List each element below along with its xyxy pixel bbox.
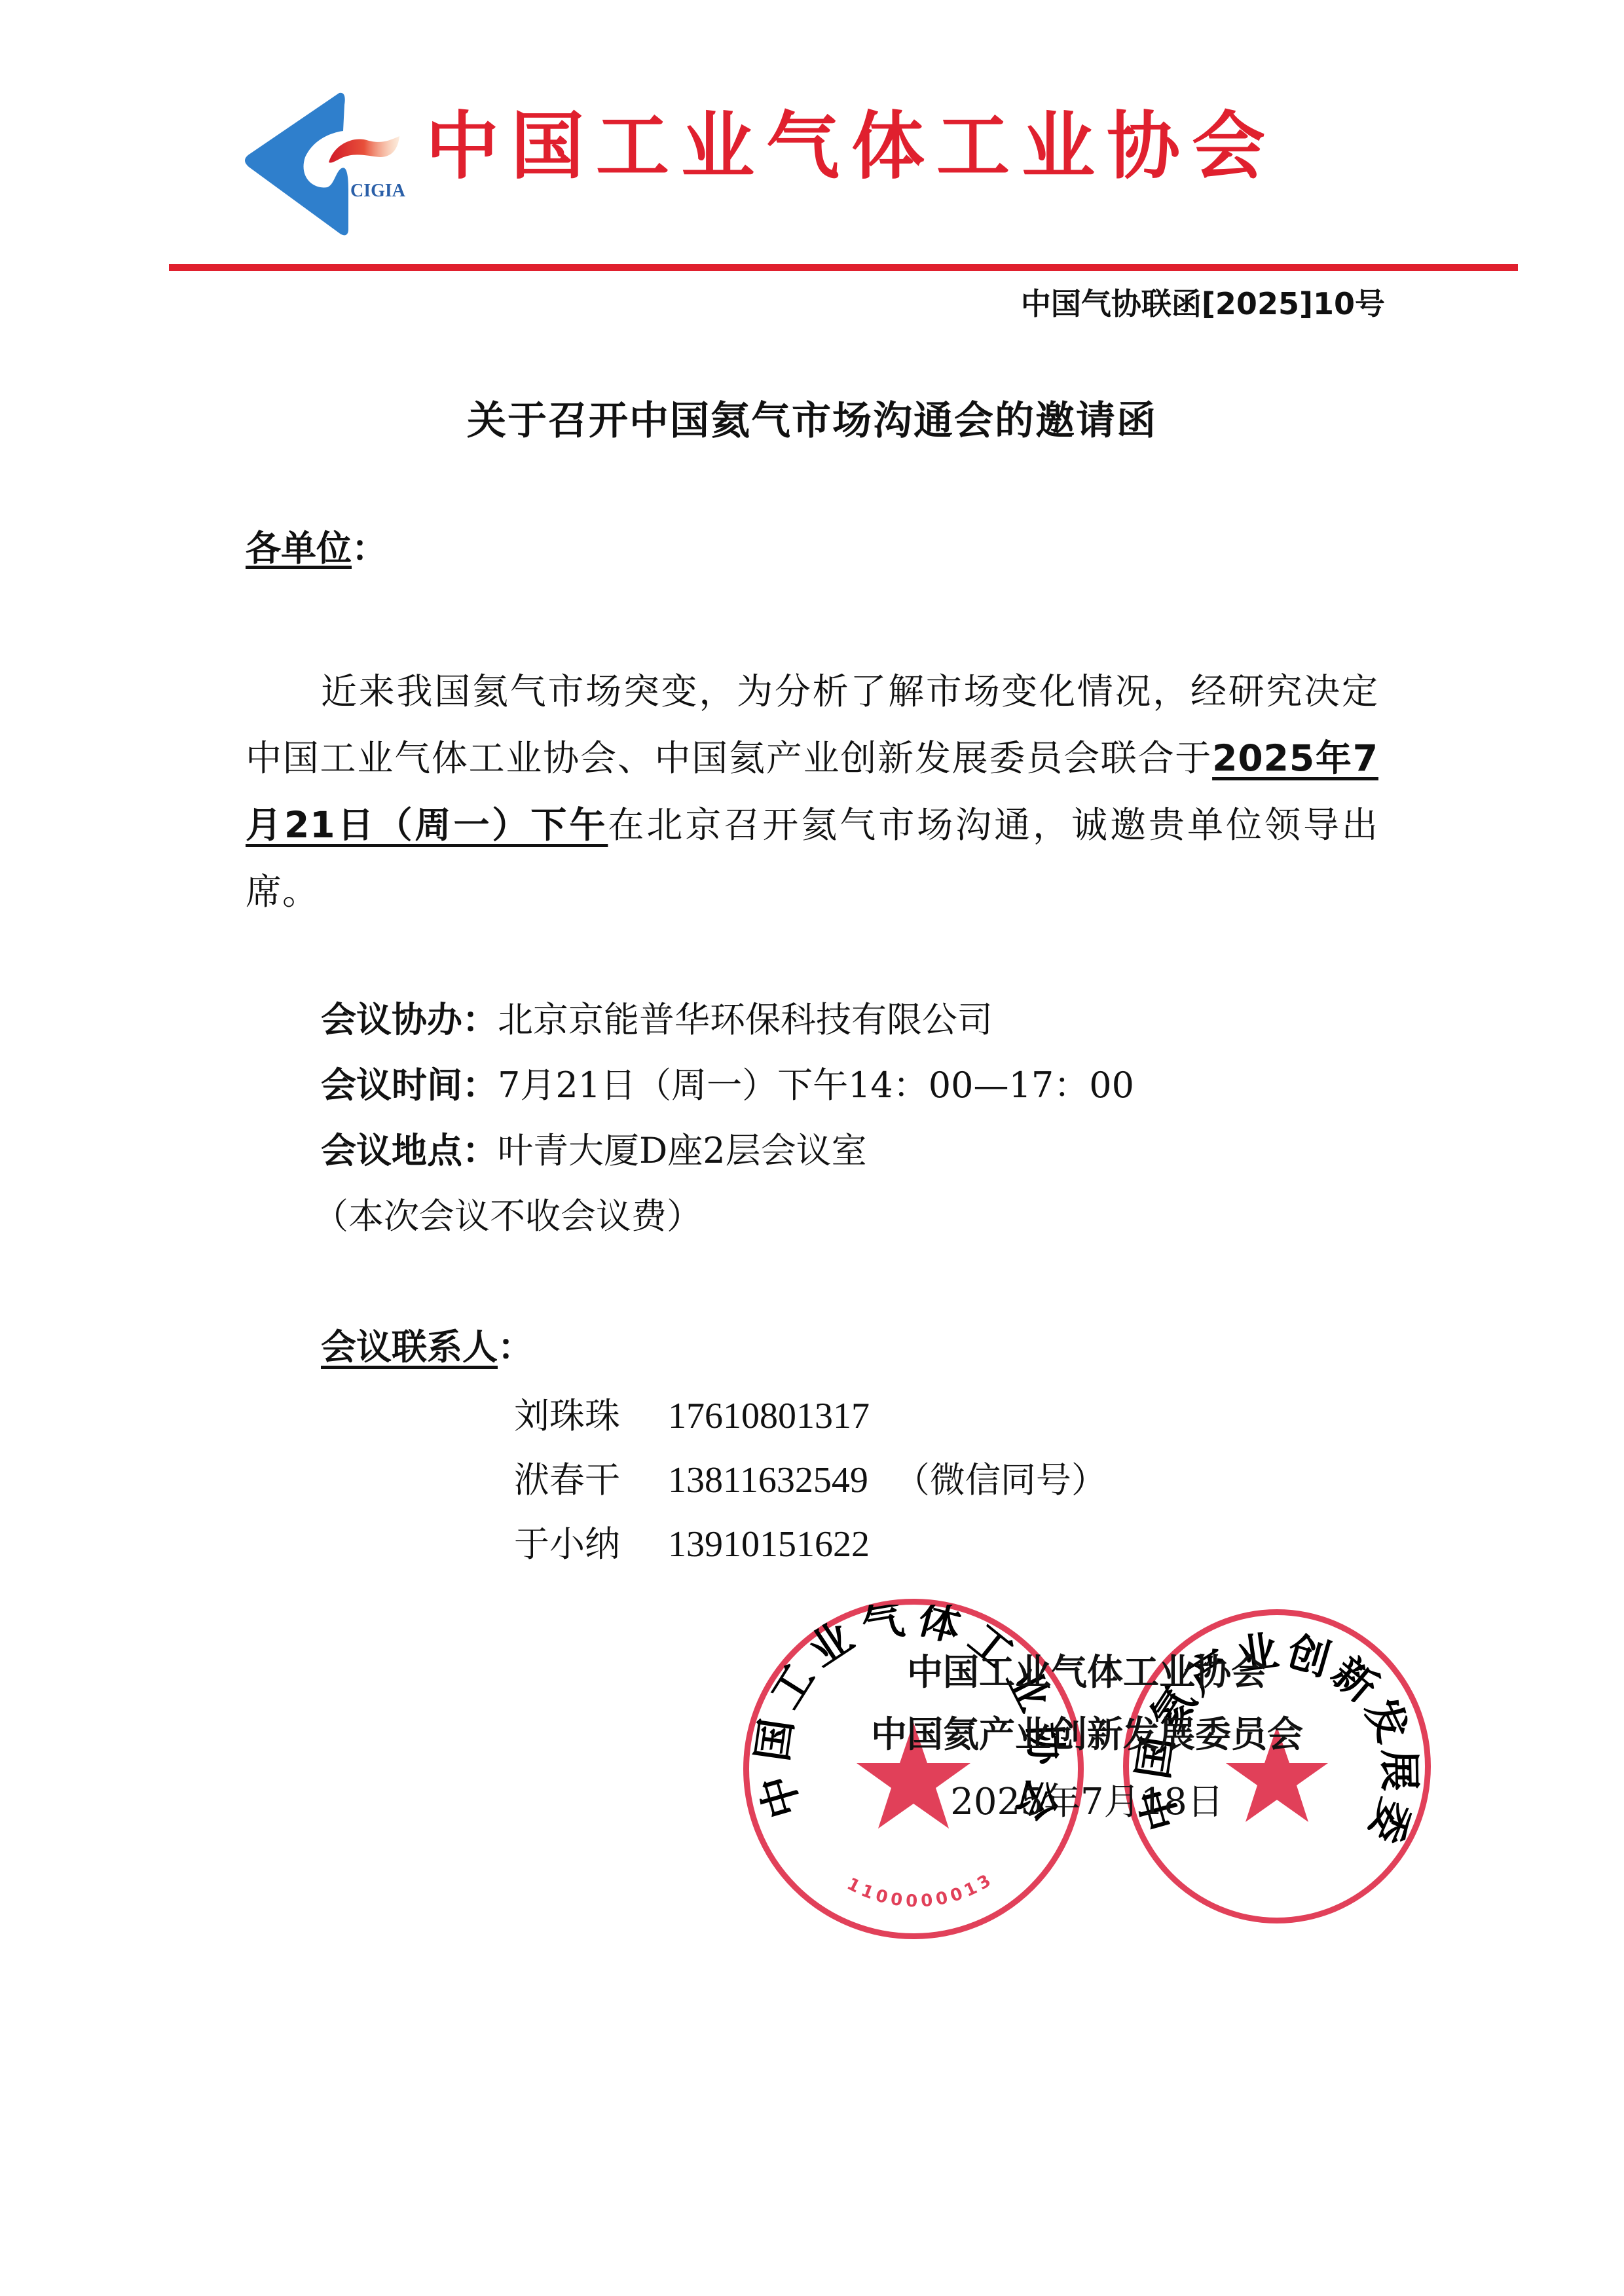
salutation: 各单位： bbox=[246, 520, 387, 571]
contact-name: 于小纳 bbox=[514, 1516, 668, 1567]
info-label: 会议时间： bbox=[321, 1065, 498, 1106]
contact-note: （微信同号） bbox=[895, 1452, 1107, 1503]
contact-name: 刘珠珠 bbox=[514, 1388, 668, 1438]
info-label: 会议地点： bbox=[321, 1130, 498, 1171]
body-text-part1: 近来我国氦气市场突变，为分析了解市场变化情况，经研究决定中国工业气体工业协会、中… bbox=[246, 670, 1378, 779]
document-title: 关于召开中国氦气市场沟通会的邀请函 bbox=[0, 390, 1624, 446]
contacts-heading-colon: ： bbox=[498, 1326, 533, 1368]
info-label: 会议协办： bbox=[321, 999, 498, 1040]
contacts-heading: 会议联系人： bbox=[321, 1319, 533, 1370]
contact-row: 刘珠珠17610801317 bbox=[514, 1388, 870, 1438]
signature-org-1: 中国工业气体工业协会 bbox=[727, 1643, 1447, 1695]
fee-note: （本次会议不收会议费） bbox=[313, 1188, 702, 1239]
letterhead-divider bbox=[169, 264, 1518, 271]
contact-phone: 17610801317 bbox=[668, 1395, 870, 1437]
body-paragraph: 近来我国氦气市场突变，为分析了解市场变化情况，经研究决定中国工业气体工业协会、中… bbox=[246, 658, 1378, 925]
contacts-heading-label: 会议联系人 bbox=[321, 1326, 498, 1368]
salutation-colon: ： bbox=[352, 528, 387, 569]
signature-date: 2025年7月18日 bbox=[727, 1773, 1447, 1825]
document-number: 中国气协联函[2025]10号 bbox=[1021, 280, 1385, 323]
contact-name: 洑春干 bbox=[514, 1452, 668, 1503]
letterhead-organization-name: 中国工业气体工业协会 bbox=[426, 110, 1277, 183]
contact-row: 于小纳13910151622 bbox=[514, 1516, 870, 1567]
salutation-label: 各单位 bbox=[246, 528, 352, 569]
logo-mark-icon: CIGIA bbox=[236, 85, 406, 239]
cigia-logo: CIGIA bbox=[236, 85, 406, 239]
contact-phone: 13811632549 bbox=[668, 1459, 868, 1501]
meeting-co-organizer: 会议协办：北京京能普华环保科技有限公司 bbox=[321, 992, 993, 1042]
contact-phone: 13910151622 bbox=[668, 1523, 870, 1565]
info-value: 北京京能普华环保科技有限公司 bbox=[498, 999, 993, 1040]
signature-org-2: 中国氦产业创新发展委员会 bbox=[727, 1705, 1447, 1757]
svg-text:CIGIA: CIGIA bbox=[350, 181, 406, 201]
meeting-time: 会议时间：7月21日（周一）下午14：00—17：00 bbox=[321, 1057, 1134, 1108]
info-value: 7月21日（周一）下午14：00—17：00 bbox=[498, 1065, 1134, 1106]
meeting-location: 会议地点：叶青大厦D座2层会议室 bbox=[321, 1123, 867, 1173]
info-value: 叶青大厦D座2层会议室 bbox=[498, 1130, 867, 1171]
contact-row: 洑春干13811632549（微信同号） bbox=[514, 1452, 1107, 1503]
